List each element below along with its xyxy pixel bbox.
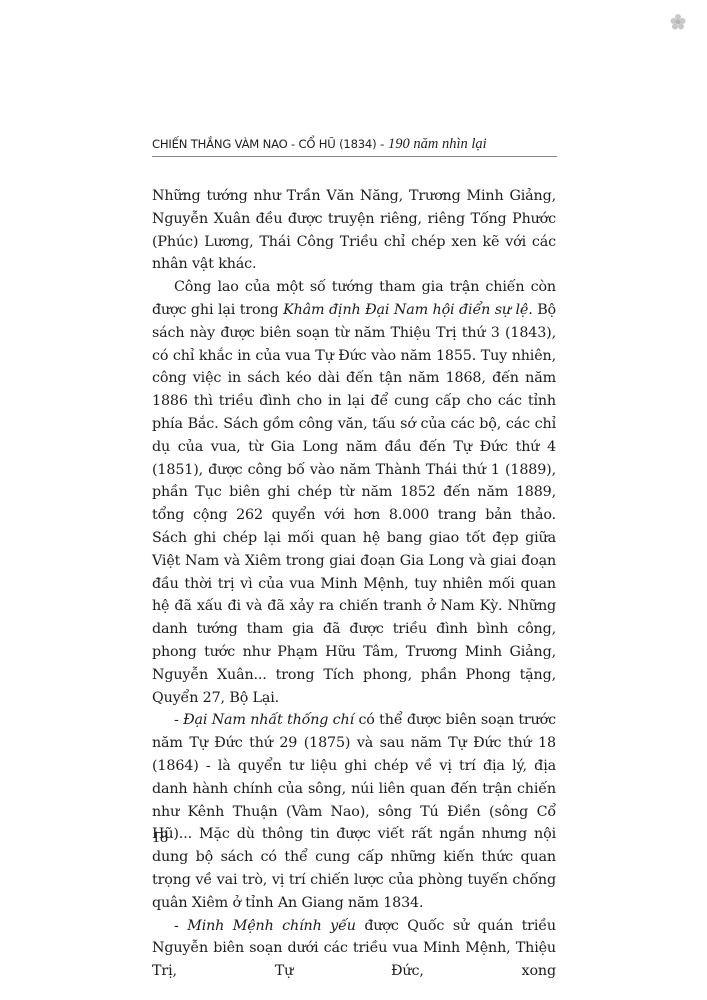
book-title: Đại Nam nhất thống chí bbox=[183, 712, 354, 728]
flower-ornament-icon bbox=[670, 13, 686, 31]
paragraph: - Minh Mệnh chính yếu được Quốc sử quán … bbox=[152, 915, 556, 983]
paragraph-text: - bbox=[174, 918, 187, 934]
header-separator: - bbox=[376, 137, 388, 151]
body-text: Những tướng như Trần Văn Năng, Trương Mi… bbox=[152, 185, 556, 983]
paragraph: Những tướng như Trần Văn Năng, Trương Mi… bbox=[152, 185, 556, 276]
paragraph-text: Những tướng như Trần Văn Năng, Trương Mi… bbox=[152, 188, 556, 272]
paragraph-text: . Bộ sách này được biên soạn từ năm Thiệ… bbox=[152, 302, 556, 706]
paragraph: Công lao của một số tướng tham gia trận … bbox=[152, 276, 556, 709]
running-header: CHIẾN THẮNG VÀM NAO - CỔ HŨ (1834) - 190… bbox=[152, 136, 557, 157]
book-title: Minh Mệnh chính yếu bbox=[187, 918, 356, 934]
paragraph-text: có thể được biên soạn trước năm Tự Đức t… bbox=[152, 712, 556, 910]
header-subtitle: 190 năm nhìn lại bbox=[388, 136, 487, 152]
page-number: 18 bbox=[152, 829, 168, 847]
book-title: Khâm định Đại Nam hội điển sự lệ bbox=[283, 302, 528, 318]
paragraph: - Đại Nam nhất thống chí có thể được biê… bbox=[152, 709, 556, 914]
header-title: CHIẾN THẮNG VÀM NAO - CỔ HŨ (1834) bbox=[152, 137, 376, 151]
paragraph-text: - bbox=[174, 712, 183, 728]
